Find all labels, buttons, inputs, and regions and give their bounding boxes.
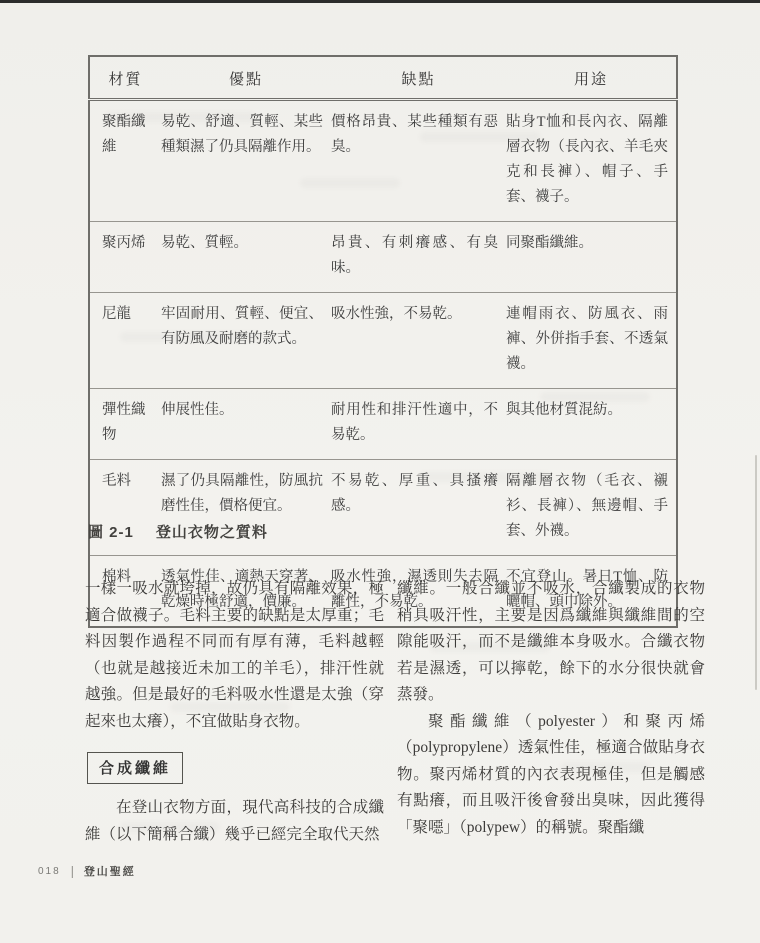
cell-material: 彈性織物 bbox=[89, 389, 161, 460]
table-row: 聚酯纖維 易乾、舒適、質輕、某些種類濕了仍具隔離作用。 價格昂貴、某些種類有惡臭… bbox=[89, 100, 677, 222]
book-title: 登山聖經 bbox=[84, 863, 136, 879]
materials-table: 材質 優點 缺點 用途 聚酯纖維 易乾、舒適、質輕、某些種類濕了仍具隔離作用。 … bbox=[88, 55, 676, 628]
paragraph: 纖維。一般合纖並不吸水，合纖製成的衣物稍具吸汗性，主要是因爲纖維與纖維間的空隙能… bbox=[397, 576, 705, 709]
figure-caption: 圖 2-1登山衣物之質料 bbox=[88, 521, 268, 542]
paragraph: 一樣一吸水就垮掉，故仍具有隔離效果，極適合做襪子。毛料主要的缺點是太厚重；毛料因… bbox=[85, 576, 384, 735]
table-row: 尼龍 牢固耐用、質輕、便宜、有防風及耐磨的款式。 吸水性強，不易乾。 連帽雨衣、… bbox=[89, 293, 677, 389]
cell-pros: 易乾、質輕。 bbox=[161, 222, 331, 293]
page-footer: 018 | 登山聖經 bbox=[38, 863, 136, 879]
col-header-material: 材質 bbox=[89, 56, 161, 100]
scan-edge-line bbox=[755, 455, 757, 690]
footer-divider: | bbox=[71, 863, 74, 878]
paragraph: 聚酯纖維（polyester）和聚丙烯（polypropylene）透氣性佳，極… bbox=[397, 709, 705, 842]
body-column-right: 纖維。一般合纖並不吸水，合纖製成的衣物稍具吸汗性，主要是因爲纖維與纖維間的空隙能… bbox=[397, 576, 705, 848]
figure-caption-label: 圖 2-1 bbox=[88, 524, 134, 541]
table-header-row: 材質 優點 缺點 用途 bbox=[89, 56, 677, 100]
table-row: 聚丙烯 易乾、質輕。 昂貴、有刺癢感、有臭味。 同聚酯纖維。 bbox=[89, 222, 677, 293]
cell-cons: 吸水性強，不易乾。 bbox=[331, 293, 506, 389]
cell-uses: 連帽雨衣、防風衣、雨褲、外併指手套、不透氣襪。 bbox=[506, 293, 677, 389]
body-text: 一樣一吸水就垮掉，故仍具有隔離效果，極適合做襪子。毛料主要的缺點是太厚重；毛料因… bbox=[85, 576, 705, 848]
section-heading-box: 合成纖維 bbox=[87, 752, 183, 784]
cell-material: 聚丙烯 bbox=[89, 222, 161, 293]
table-row: 彈性織物 伸展性佳。 耐用性和排汗性適中，不易乾。 與其他材質混紡。 bbox=[89, 389, 677, 460]
col-header-cons: 缺點 bbox=[331, 56, 506, 100]
paragraph: 在登山衣物方面，現代高科技的合成纖維（以下簡稱合纖）幾乎已經完全取代天然 bbox=[85, 795, 384, 848]
book-page: 材質 優點 缺點 用途 聚酯纖維 易乾、舒適、質輕、某些種類濕了仍具隔離作用。 … bbox=[0, 0, 760, 943]
col-header-uses: 用途 bbox=[506, 56, 677, 100]
cell-uses: 隔離層衣物（毛衣、襯衫、長褲）、無邊帽、手套、外襪。 bbox=[506, 460, 677, 556]
page-number: 018 bbox=[38, 866, 61, 877]
cell-pros: 伸展性佳。 bbox=[161, 389, 331, 460]
cell-pros: 易乾、舒適、質輕、某些種類濕了仍具隔離作用。 bbox=[161, 100, 331, 222]
cell-cons: 昂貴、有刺癢感、有臭味。 bbox=[331, 222, 506, 293]
cell-uses: 同聚酯纖維。 bbox=[506, 222, 677, 293]
cell-cons: 價格昂貴、某些種類有惡臭。 bbox=[331, 100, 506, 222]
cell-cons: 耐用性和排汗性適中，不易乾。 bbox=[331, 389, 506, 460]
body-column-left: 一樣一吸水就垮掉，故仍具有隔離效果，極適合做襪子。毛料主要的缺點是太厚重；毛料因… bbox=[85, 576, 384, 848]
cell-material: 尼龍 bbox=[89, 293, 161, 389]
col-header-pros: 優點 bbox=[161, 56, 331, 100]
cell-uses: 與其他材質混紡。 bbox=[506, 389, 677, 460]
figure-caption-title: 登山衣物之質料 bbox=[156, 524, 268, 541]
cell-cons: 不易乾、厚重、具搔癢感。 bbox=[331, 460, 506, 556]
page-top-rule bbox=[0, 0, 760, 3]
cell-pros: 牢固耐用、質輕、便宜、有防風及耐磨的款式。 bbox=[161, 293, 331, 389]
cell-material: 聚酯纖維 bbox=[89, 100, 161, 222]
cell-uses: 貼身T恤和長內衣、隔離層衣物（長內衣、羊毛夾克和長褲）、帽子、手套、襪子。 bbox=[506, 100, 677, 222]
